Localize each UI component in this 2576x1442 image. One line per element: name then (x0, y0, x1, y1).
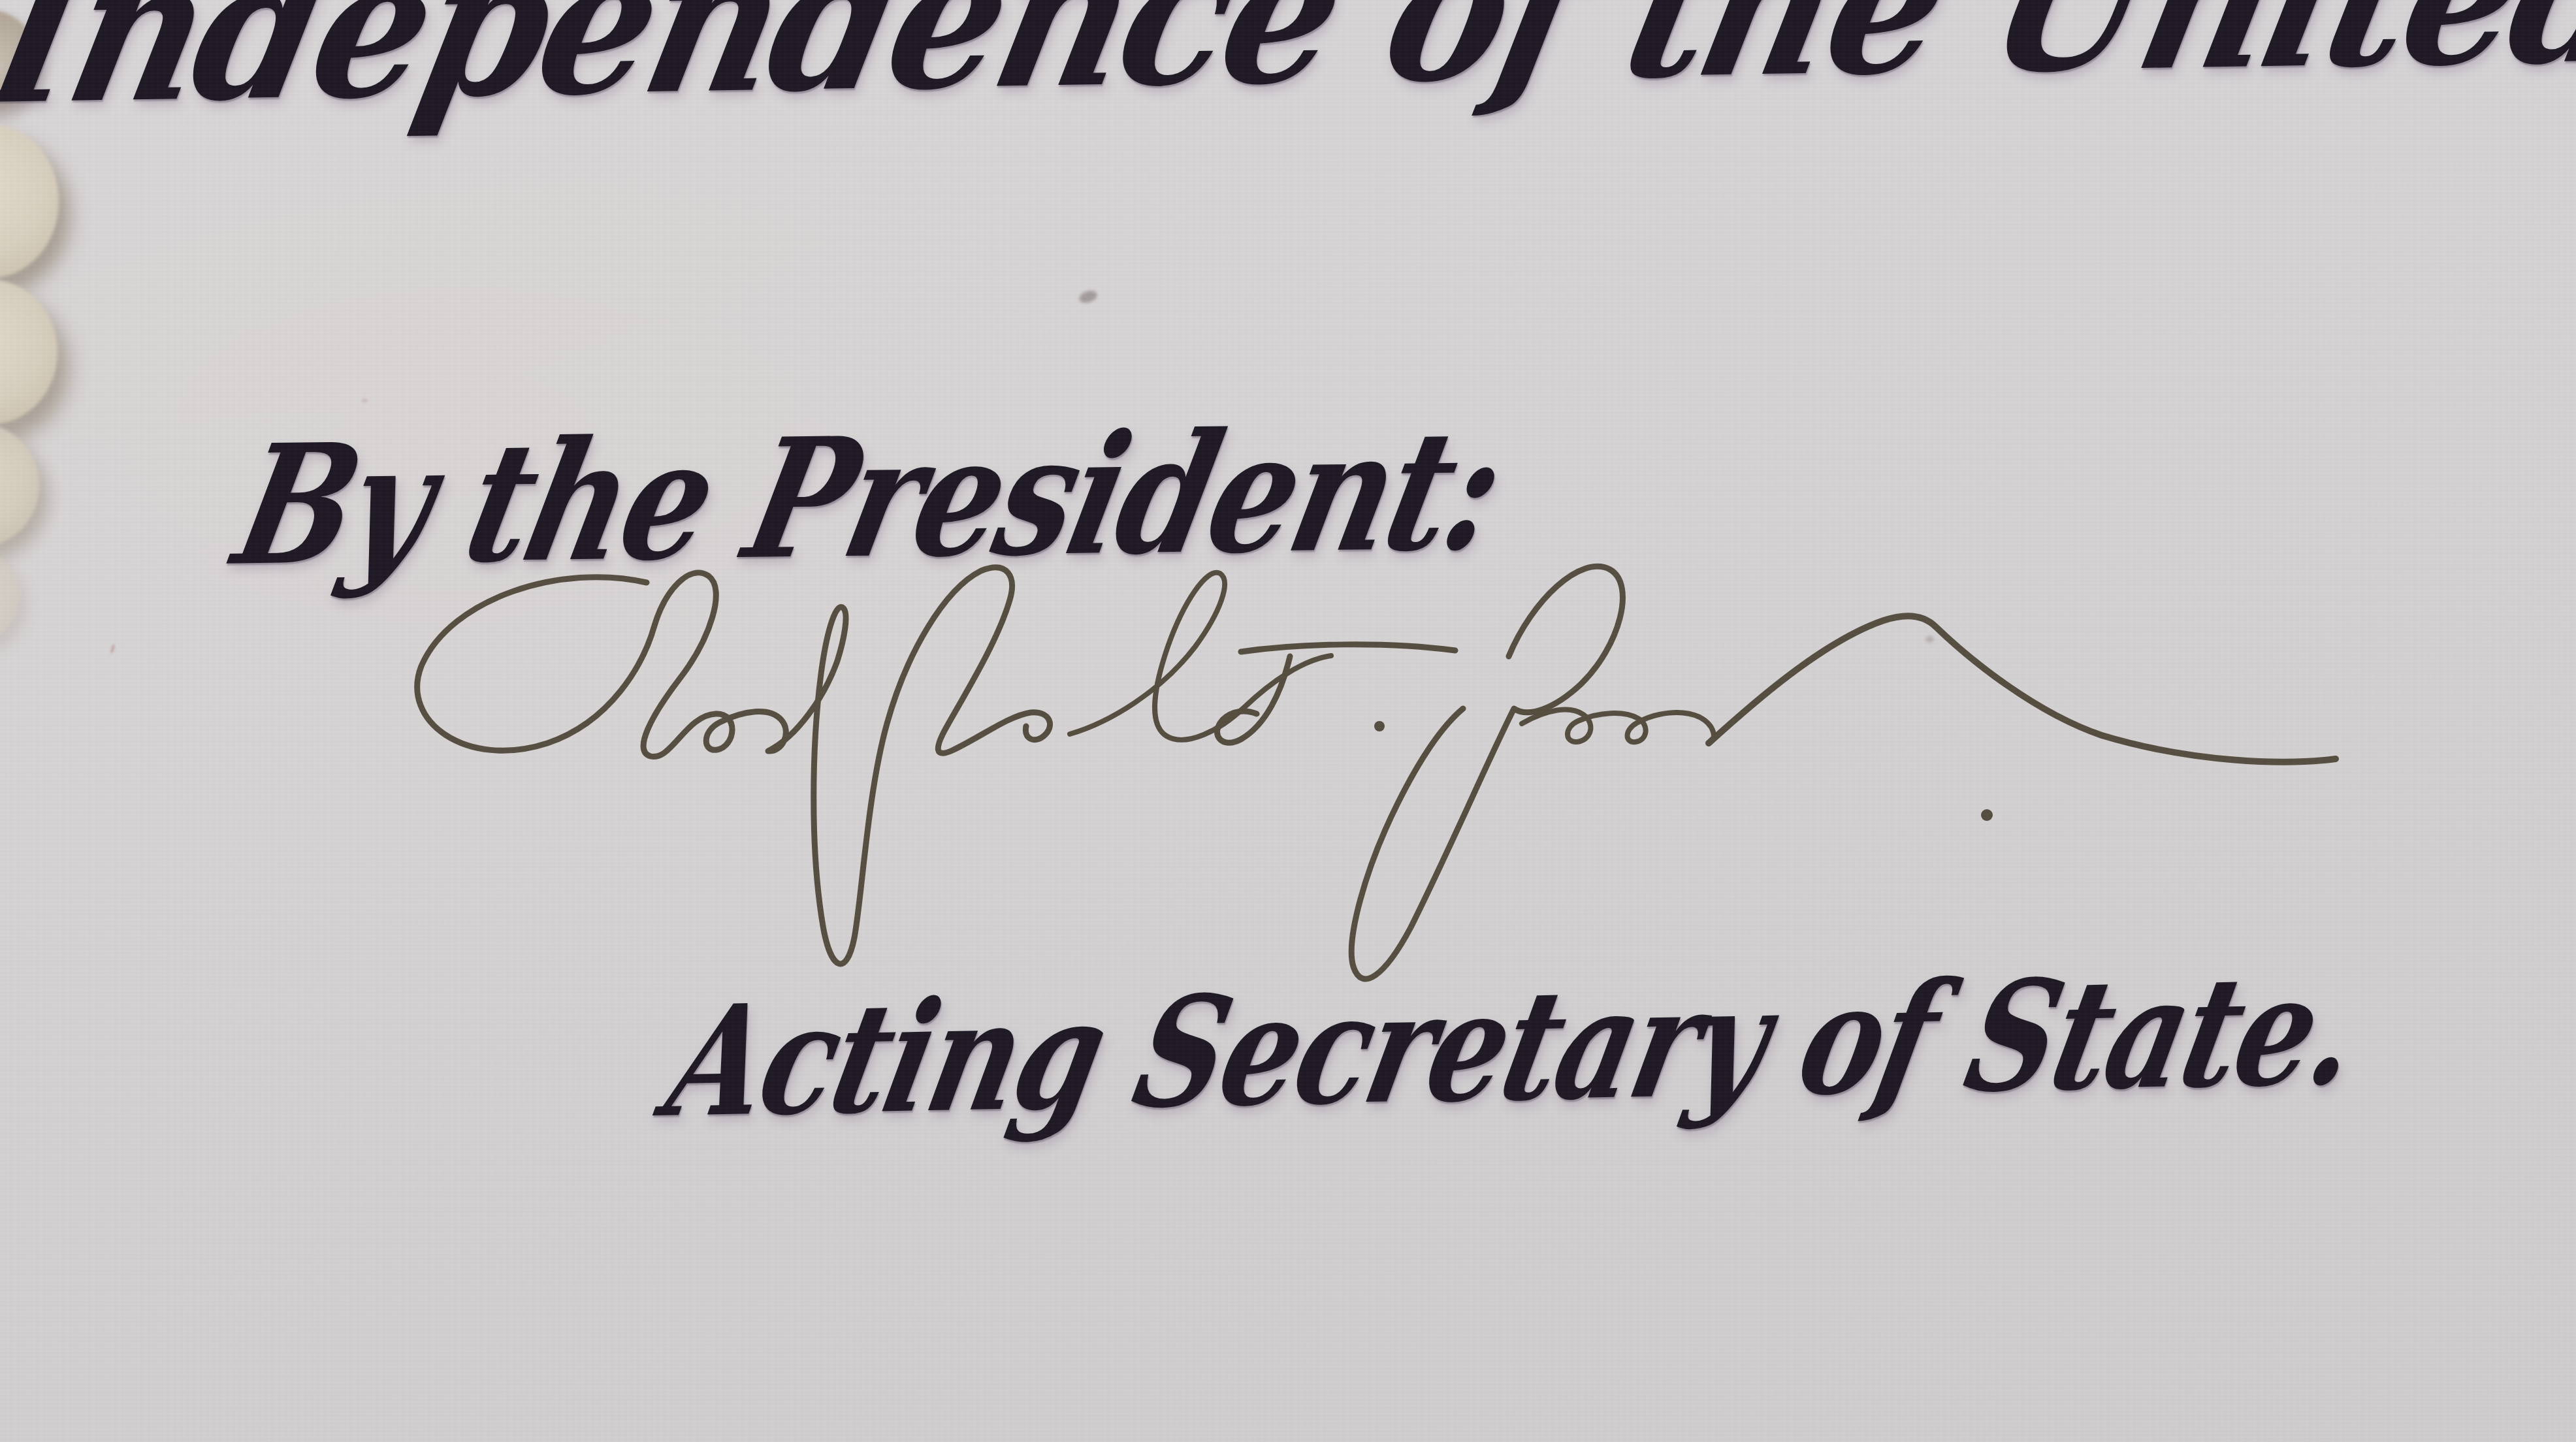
acting-secretary-of-state-label: Acting Secretary of State. (657, 954, 2369, 1138)
signature-stroke-rew (1522, 709, 1714, 743)
signature-ink-dot (1981, 809, 1993, 821)
photograph-of-signed-document: { "document": { "title_line_partial": "I… (0, 0, 2576, 1442)
ink-signature-joseph-c-grew (0, 0, 2576, 1442)
signature-stroke-joseph (417, 568, 1050, 964)
signature-initial-dot (1374, 721, 1385, 731)
signature-stroke-flourish-tail (1709, 616, 2336, 761)
signature-stroke-g-loop (1351, 566, 1622, 979)
signature-stroke-initial (1217, 645, 1455, 743)
